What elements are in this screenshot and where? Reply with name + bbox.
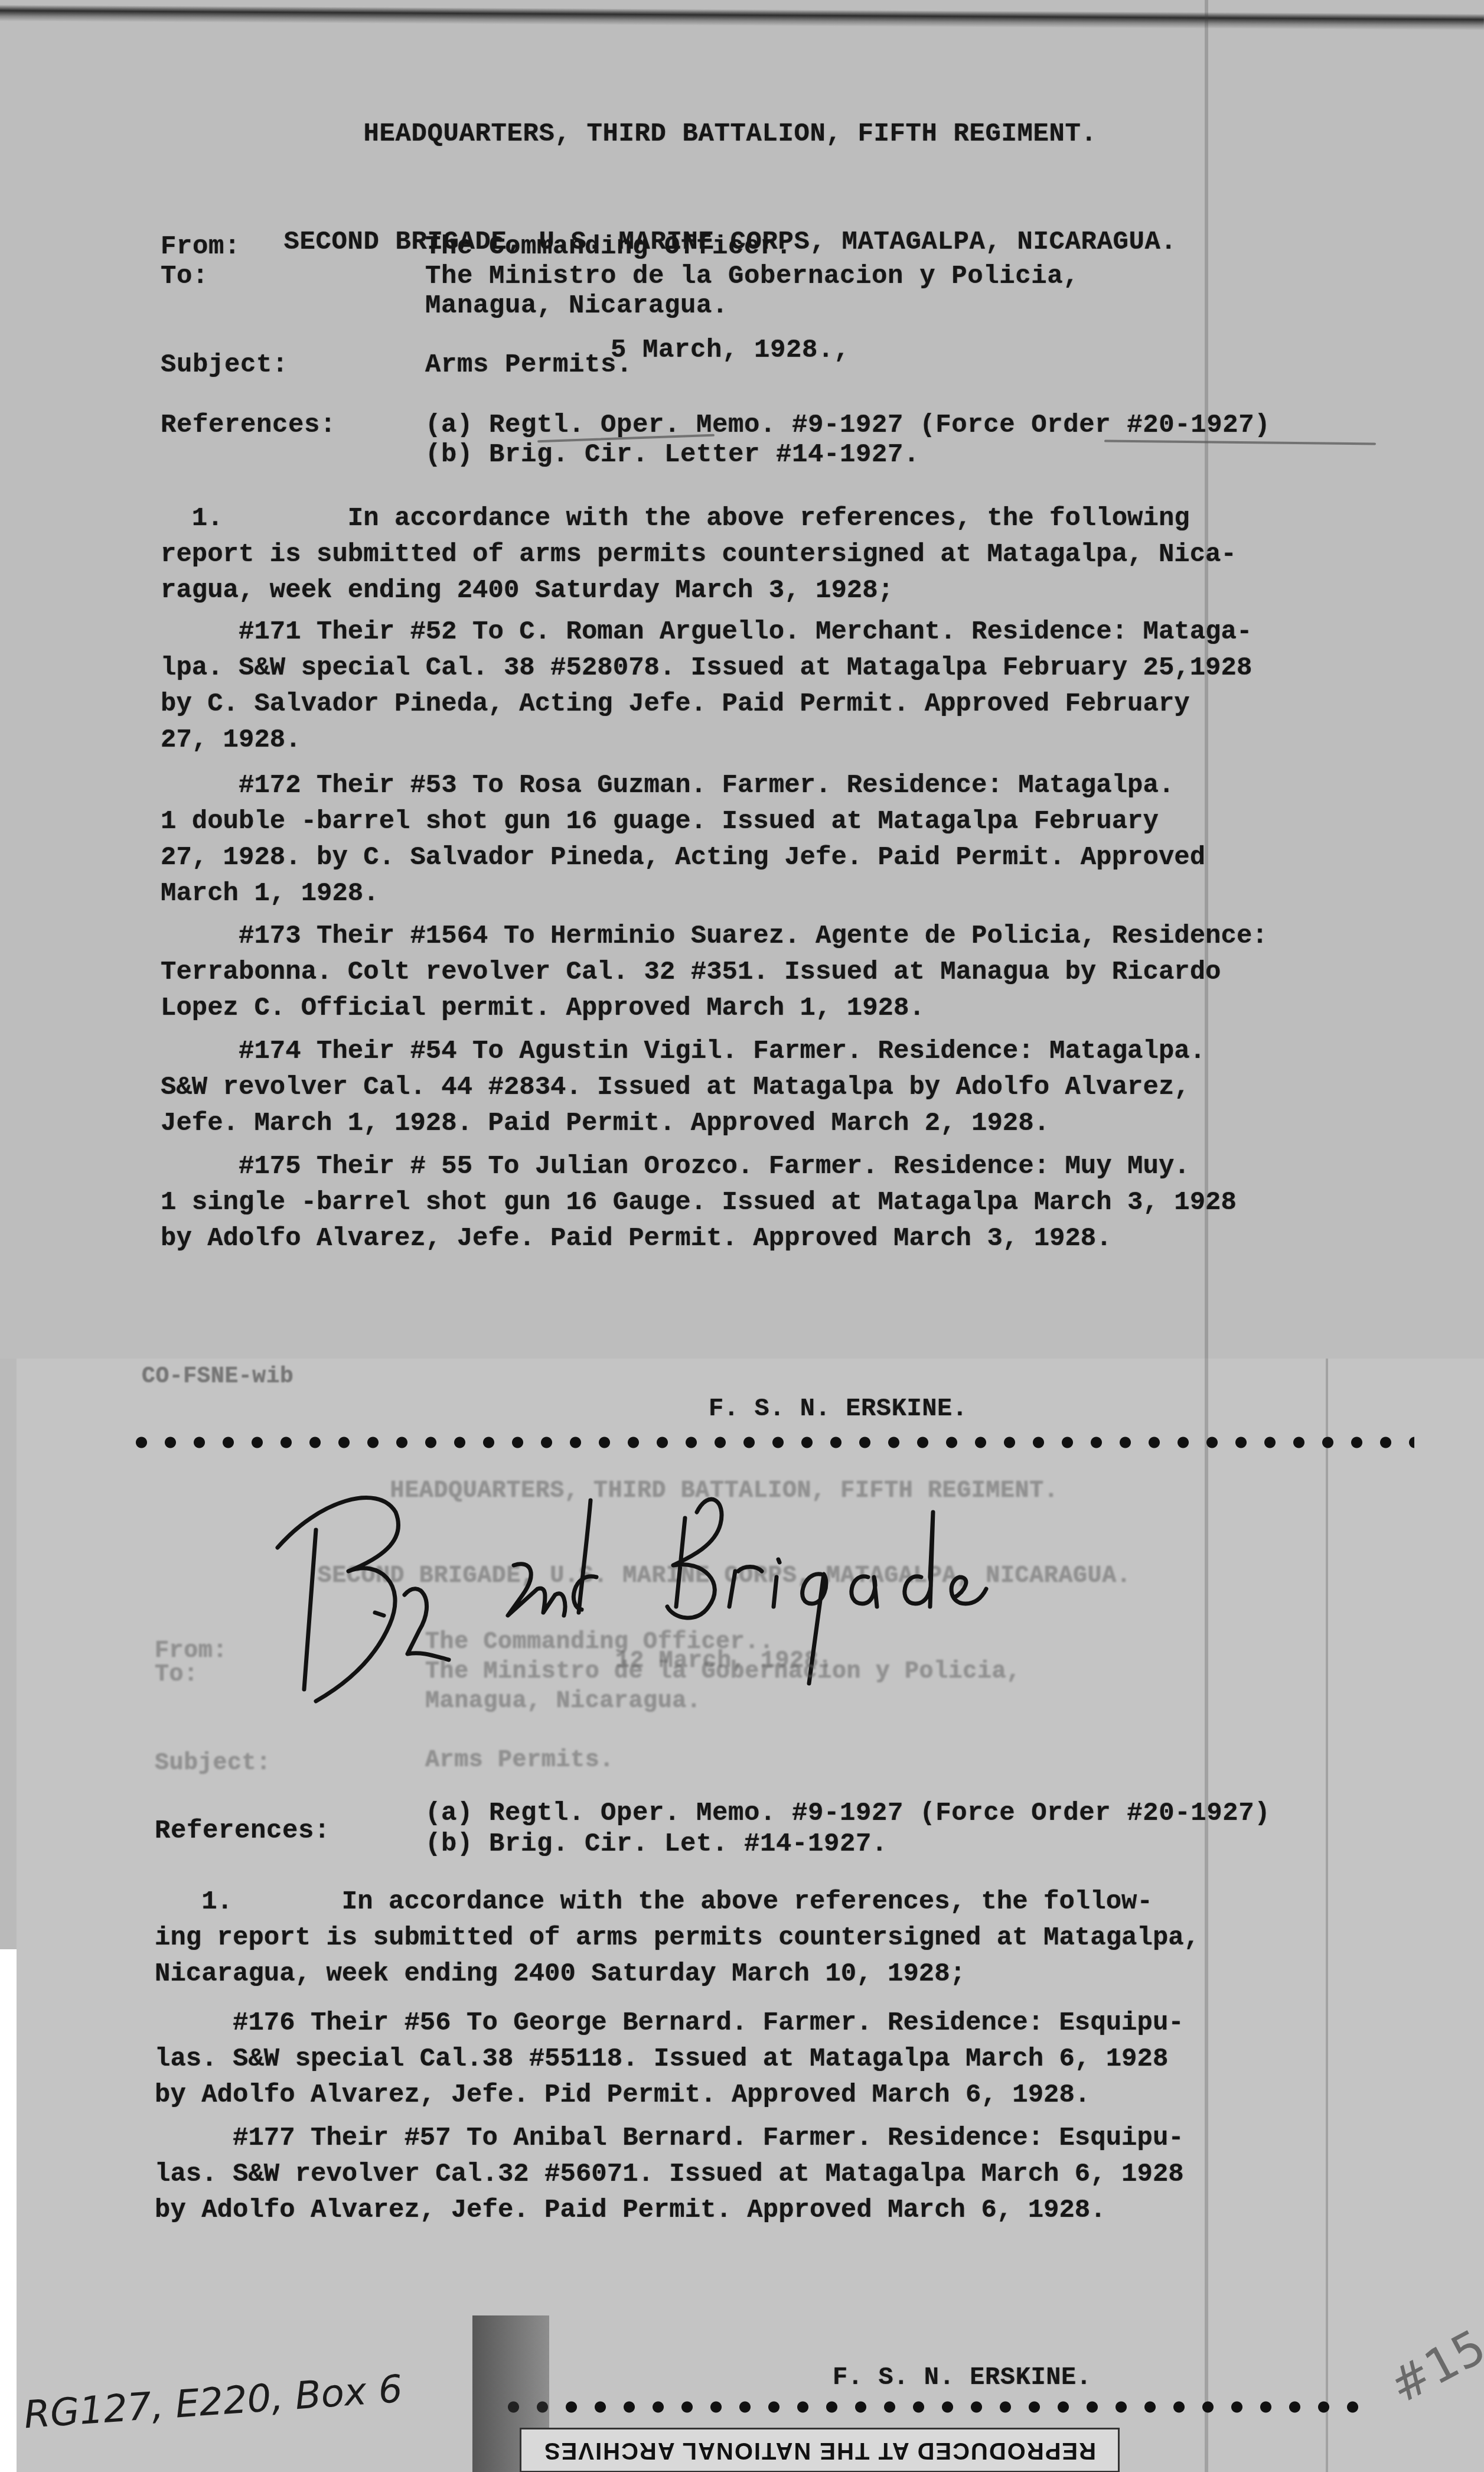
to-value-2: Managua, Nicaragua.	[425, 288, 728, 324]
references-label: References:	[161, 408, 336, 444]
letterhead-line-1: HEADQUARTERS, THIRD BATTALION, FIFTH REG…	[0, 116, 1472, 152]
intro-line: 1. In accordance with the above referenc…	[155, 1884, 1407, 1920]
permit-line: by Adolfo Alvarez, Jefe. Pid Permit. App…	[155, 2077, 1407, 2113]
permit-line: lpa. S&W special Cal. 38 #528078. Issued…	[161, 650, 1413, 686]
intro-line: ing report is submitted of arms permits …	[155, 1920, 1407, 1956]
reference-b: (b) Brig. Cir. Let. #14-1927.	[425, 1826, 888, 1862]
permit-entry-177: #177 Their #57 To Anibal Bernard. Farmer…	[155, 2121, 1407, 2229]
permit-line: 1 single -barrel shot gun 16 Gauge. Issu…	[161, 1185, 1413, 1221]
archive-stamp-text: REPRODUCED AT THE NATIONAL ARCHIVES	[543, 2437, 1096, 2464]
reference-b: (b) Brig. Cir. Letter #14-1927.	[425, 437, 919, 473]
permit-line: #177 Their #57 To Anibal Bernard. Farmer…	[155, 2121, 1407, 2157]
permit-line: #174 Their #54 To Agustin Vigil. Farmer.…	[161, 1034, 1413, 1070]
to-label: To:	[161, 259, 208, 295]
file-code: CO-FSNE-wib	[142, 1359, 293, 1395]
permit-line: 1 double -barrel shot gun 16 guage. Issu…	[161, 804, 1413, 840]
dotted-divider	[499, 2401, 1373, 2413]
permit-line: Lopez C. Official permit. Approved March…	[161, 991, 1413, 1027]
permit-line: 27, 1928.	[161, 722, 1413, 758]
permit-line: S&W revolver Cal. 44 #2834. Issued at Ma…	[161, 1070, 1413, 1106]
permit-entry-173: #173 Their #1564 To Herminio Suarez. Age…	[161, 919, 1413, 1027]
permit-line: by C. Salvador Pineda, Acting Jefe. Paid…	[161, 686, 1413, 722]
permit-line: #172 Their #53 To Rosa Guzman. Farmer. R…	[161, 768, 1413, 804]
subject-label: Subject:	[161, 347, 288, 383]
subject-label: Subject:	[155, 1745, 271, 1781]
permit-line: Terrabonna. Colt revolver Cal. 32 #351. …	[161, 955, 1413, 991]
permit-line: #171 Their #52 To C. Roman Arguello. Mer…	[161, 614, 1413, 650]
permit-line: #176 Their #56 To George Bernard. Farmer…	[155, 2005, 1407, 2041]
permit-line: #175 Their # 55 To Julian Orozco. Farmer…	[161, 1149, 1413, 1185]
intro-line: report is submitted of arms permits coun…	[161, 537, 1413, 573]
intro-line: ragua, week ending 2400 Saturday March 3…	[161, 573, 1413, 609]
to-label: To:	[155, 1657, 198, 1693]
intro-paragraph: 1. In accordance with the above referenc…	[161, 501, 1413, 609]
subject-value: Arms Permits.	[425, 347, 632, 383]
permit-entry-171: #171 Their #52 To C. Roman Arguello. Mer…	[161, 614, 1413, 758]
intro-line: Nicaragua, week ending 2400 Saturday Mar…	[155, 1956, 1407, 1992]
permit-line: Jefe. March 1, 1928. Paid Permit. Approv…	[161, 1106, 1413, 1142]
permit-line: by Adolfo Alvarez, Jefe. Paid Permit. Ap…	[161, 1221, 1413, 1257]
permit-line: 27, 1928. by C. Salvador Pineda, Acting …	[161, 840, 1413, 876]
permit-entry-175: #175 Their # 55 To Julian Orozco. Farmer…	[161, 1149, 1413, 1257]
archive-stamp: REPRODUCED AT THE NATIONAL ARCHIVES	[520, 2428, 1120, 2472]
intro-line: 1. In accordance with the above referenc…	[161, 501, 1413, 537]
permit-line: by Adolfo Alvarez, Jefe. Paid Permit. Ap…	[155, 2193, 1407, 2229]
permit-line: #173 Their #1564 To Herminio Suarez. Age…	[161, 919, 1413, 955]
permit-line: las. S&W special Cal.38 #55118. Issued a…	[155, 2041, 1407, 2077]
intro-paragraph: 1. In accordance with the above referenc…	[155, 1884, 1407, 1992]
permit-line: las. S&W revolver Cal.32 #56071. Issued …	[155, 2157, 1407, 2193]
permit-line: March 1, 1928.	[161, 876, 1413, 912]
permit-entry-176: #176 Their #56 To George Bernard. Farmer…	[155, 2005, 1407, 2113]
references-label: References:	[155, 1813, 330, 1849]
permit-entry-174: #174 Their #54 To Agustin Vigil. Farmer.…	[161, 1034, 1413, 1142]
to-value-2: Managua, Nicaragua.	[425, 1683, 701, 1719]
permit-entry-172: #172 Their #53 To Rosa Guzman. Farmer. R…	[161, 768, 1413, 912]
signature-block: F. S. N. ERSKINE.	[833, 2360, 1092, 2396]
subject-value: Arms Permits.	[425, 1743, 614, 1779]
